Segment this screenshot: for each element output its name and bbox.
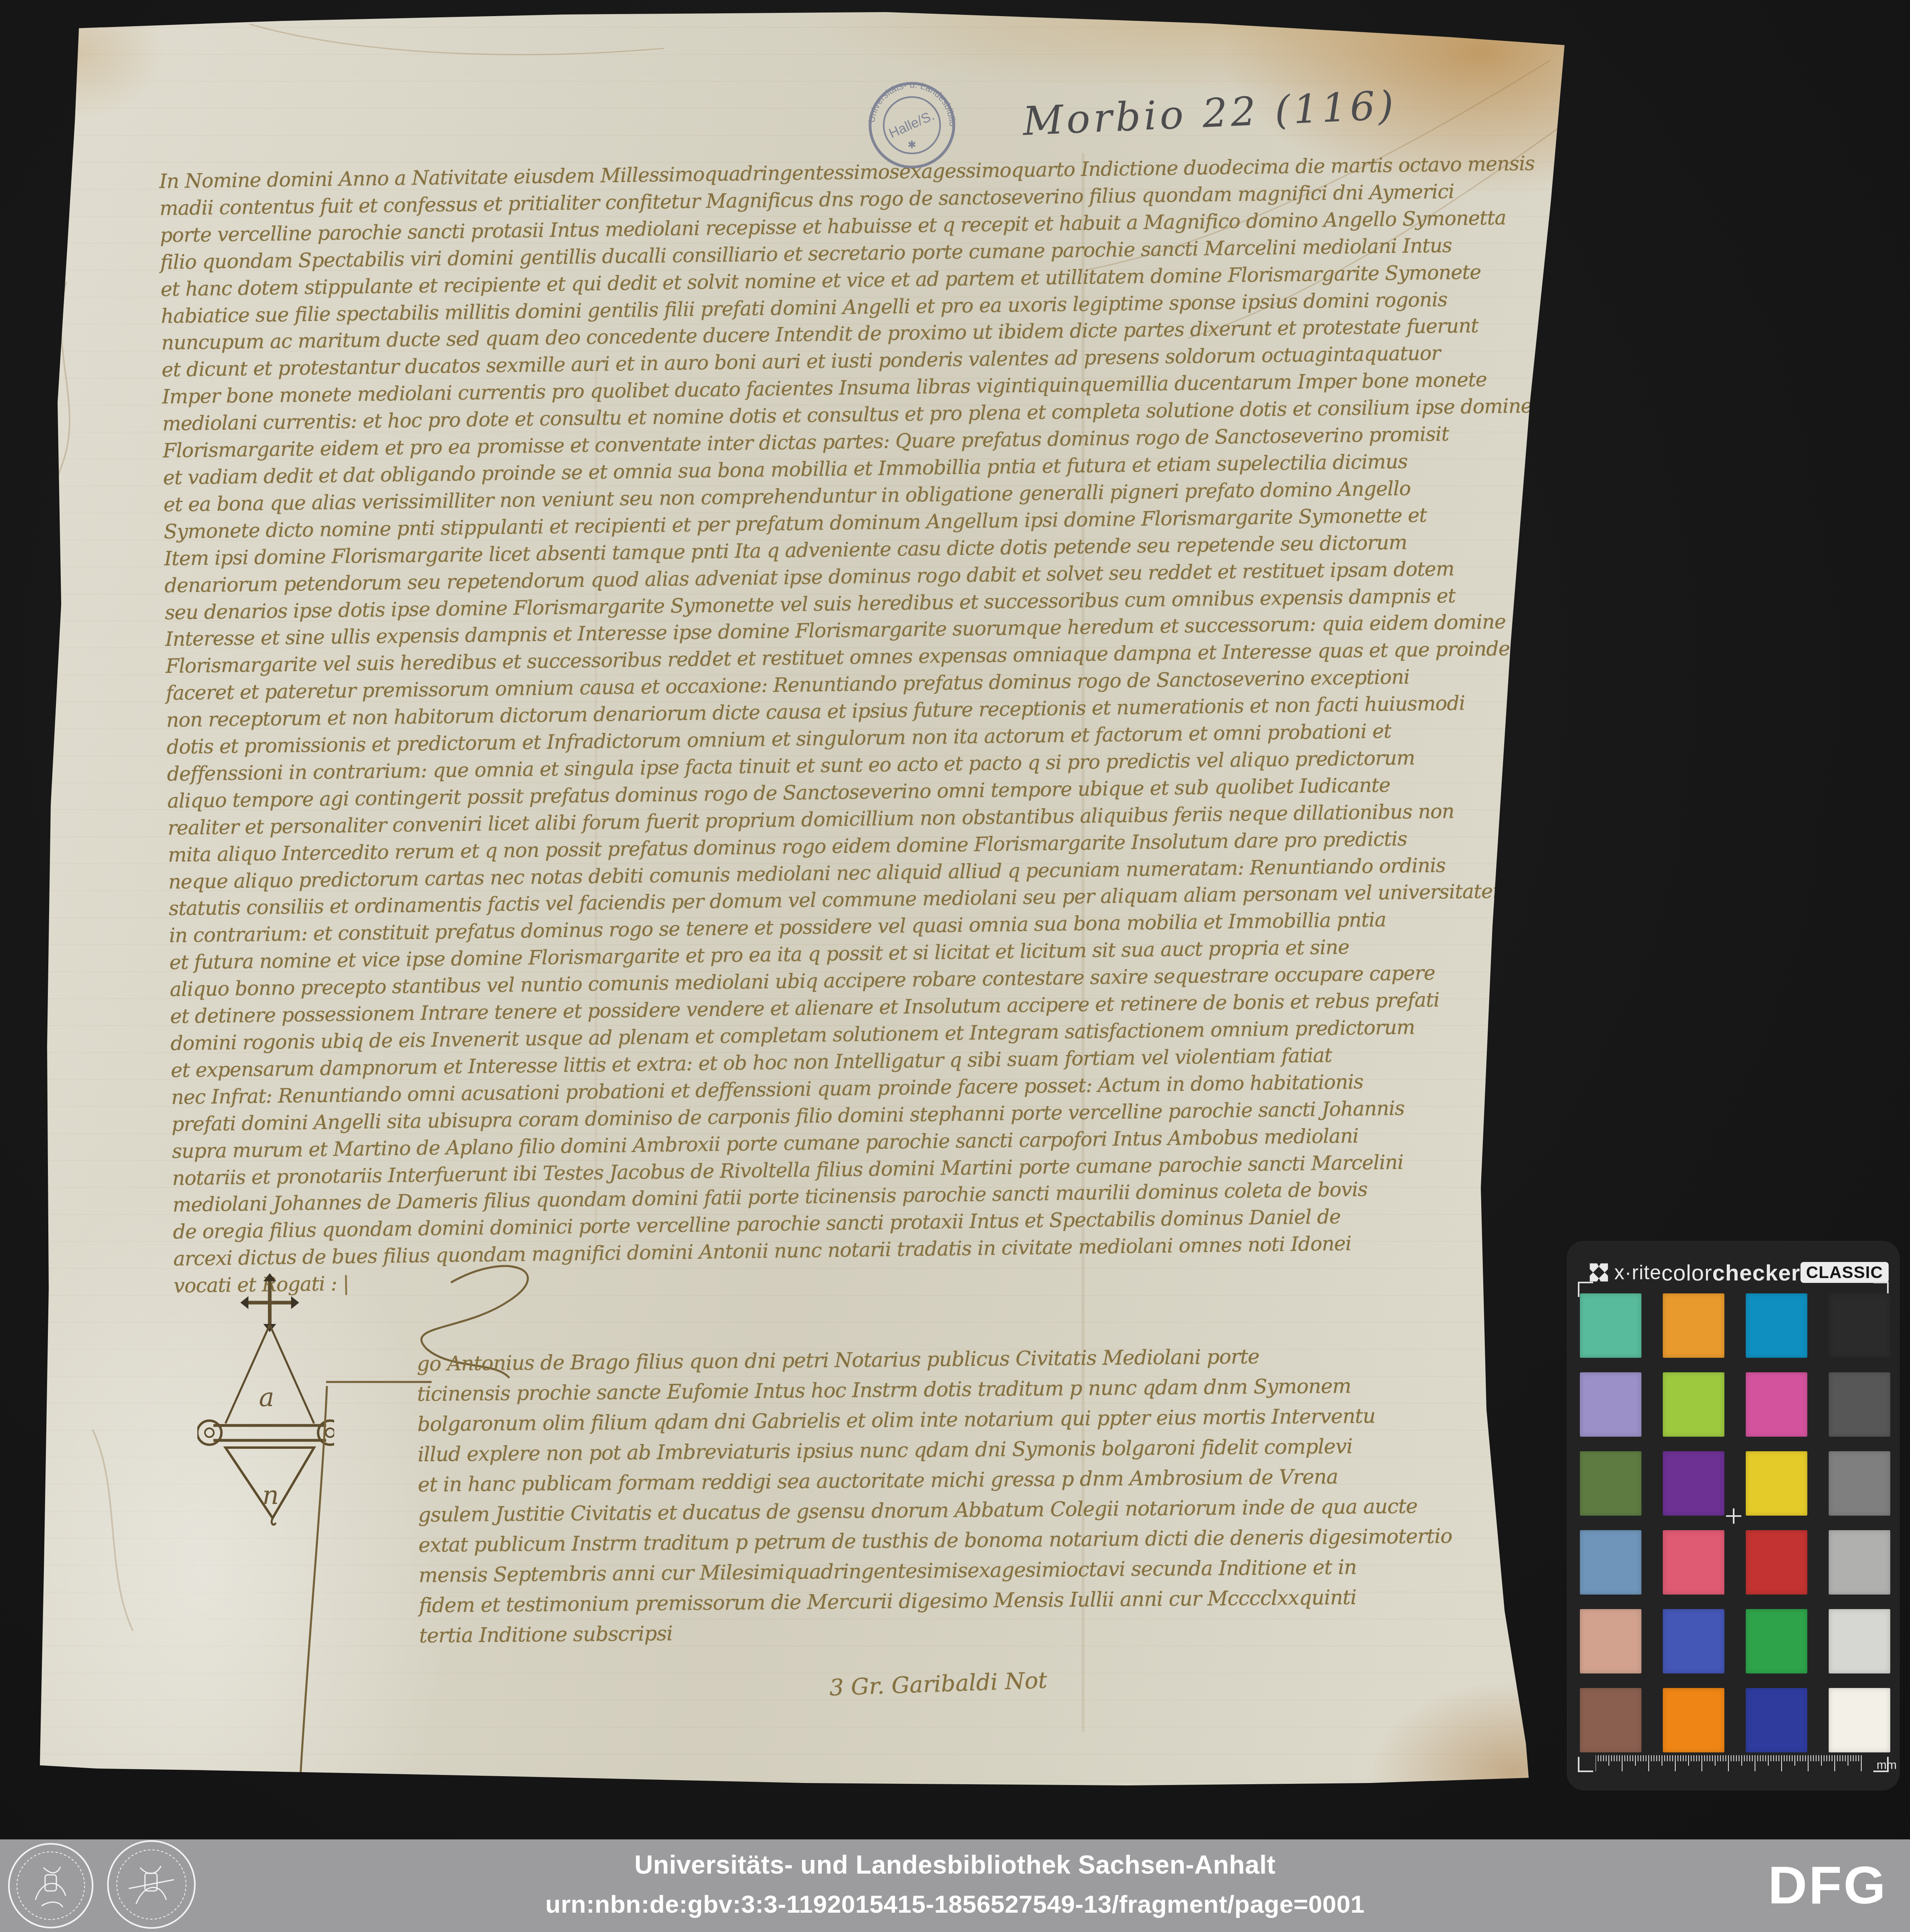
color-patch (1580, 1688, 1641, 1752)
dfg-logo: DFG (1768, 1855, 1887, 1915)
stamp-center-text: Halle/S. (887, 108, 936, 141)
color-patch (1580, 1451, 1641, 1516)
color-patch (1663, 1609, 1724, 1673)
color-patch (1580, 1293, 1641, 1358)
color-patch (1746, 1609, 1807, 1673)
signum-letter-n: n (262, 1481, 279, 1510)
colorchecker-title-light: color (1662, 1260, 1712, 1285)
colorchecker-title-bold: checker (1712, 1260, 1800, 1285)
charter-main-text: In Nomine domini Anno a Nativitate eiusd… (159, 151, 1490, 1300)
color-patch (1829, 1688, 1890, 1752)
stamp-ring-text: Universitäts- u. Landesbibliothek (866, 79, 958, 126)
color-patch (1746, 1293, 1807, 1358)
color-patch (1663, 1451, 1724, 1516)
xrite-logo-icon (1588, 1261, 1609, 1284)
color-patch (1829, 1293, 1890, 1358)
color-patch (1829, 1609, 1890, 1673)
registration-corner-mark (1578, 1757, 1593, 1772)
color-patch (1829, 1451, 1890, 1516)
colorchecker-title: colorchecker (1662, 1260, 1800, 1286)
svg-text:Universitäts- u. Landesbibliot: Universitäts- u. Landesbibliothek (866, 79, 958, 126)
color-patch (1580, 1530, 1641, 1595)
xrite-brand-label: x·rite (1614, 1261, 1661, 1284)
color-patch (1580, 1372, 1641, 1437)
classic-badge: CLASSIC (1800, 1262, 1889, 1283)
color-patch (1746, 1451, 1807, 1516)
shelfmark-annotation: Morbio 22 (116) (1022, 83, 1398, 145)
color-patch-grid (1580, 1293, 1890, 1752)
notary-subscription-text: go Antonius de Brago filius quon dni pet… (417, 1340, 1470, 1651)
library-name: Universitäts- und Landesbibliothek Sachs… (0, 1850, 1910, 1880)
color-patch (1829, 1530, 1890, 1595)
colorchecker-header: x·rite colorchecker CLASSIC (1588, 1258, 1889, 1287)
urn-identifier: urn:nbn:de:gbv:3:3-1192015415-1856527549… (0, 1890, 1910, 1919)
notary-signum-mark: a n (197, 1264, 334, 1526)
color-patch (1663, 1372, 1724, 1437)
notary-signature: 3 Gr. Garibaldi Not (829, 1667, 1048, 1701)
color-patch (1746, 1530, 1807, 1595)
color-patch (1663, 1293, 1724, 1358)
colorchecker-card: x·rite colorchecker CLASSIC mm (1567, 1241, 1900, 1790)
color-patch (1829, 1372, 1890, 1437)
color-patch (1746, 1688, 1807, 1752)
scan-canvas: Morbio 22 (116) Universitäts- u. Landesb… (0, 0, 1910, 1932)
color-patch (1746, 1372, 1807, 1437)
ruler-unit-label: mm (1877, 1758, 1897, 1772)
stamp-star-symbol: ✱ (907, 139, 916, 151)
color-patch (1663, 1530, 1724, 1595)
color-patch (1580, 1609, 1641, 1673)
signum-letter-a: a (259, 1383, 274, 1413)
color-patch (1663, 1688, 1724, 1752)
footer-bar: Universitäts- und Landesbibliothek Sachs… (0, 1839, 1910, 1932)
mm-ruler (1596, 1755, 1877, 1781)
